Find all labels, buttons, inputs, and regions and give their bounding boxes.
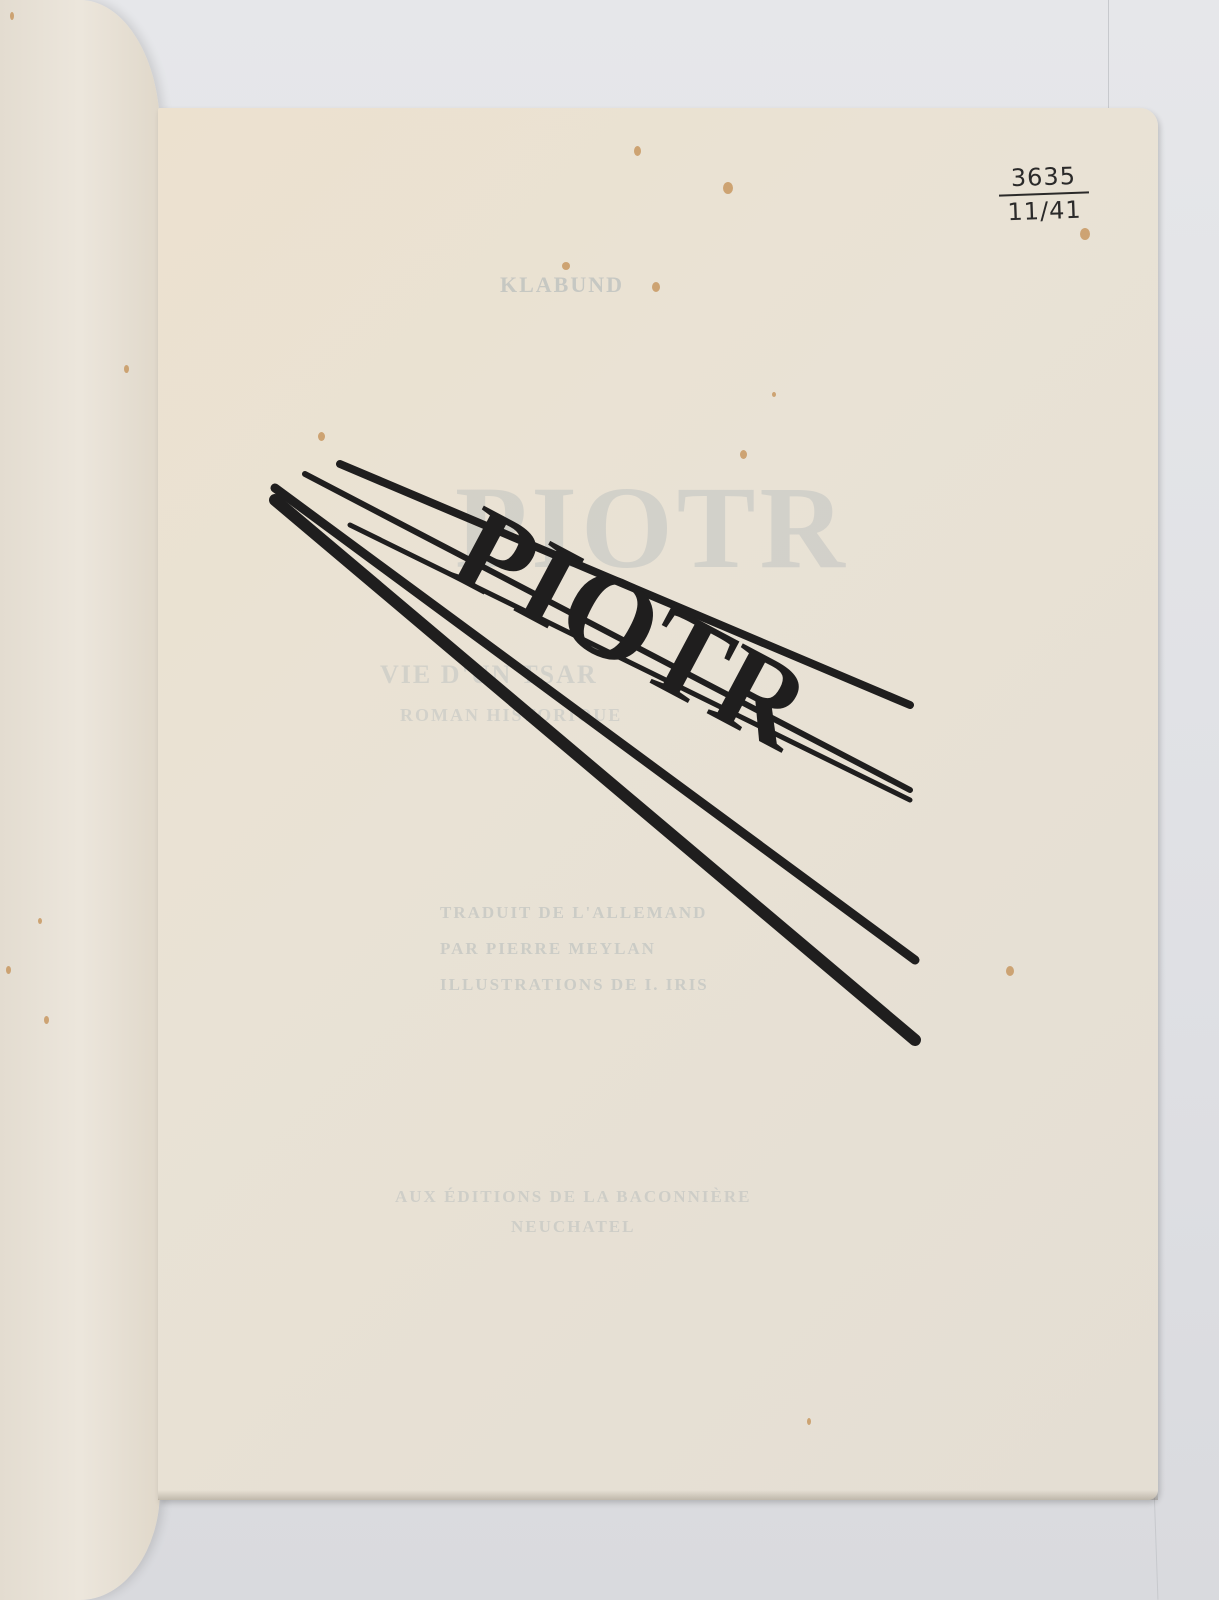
- woodcut-letters: PIOTR: [433, 480, 832, 776]
- foxing-spot: [562, 262, 570, 270]
- foxing-spot: [1006, 966, 1014, 976]
- publisher-line: NEUCHATEL: [395, 1212, 752, 1242]
- foxing-spot: [723, 182, 733, 194]
- foxing-spot: [652, 282, 660, 292]
- library-shelfmark: 3635 11/41: [998, 163, 1090, 224]
- shelfmark-date: 11/41: [999, 193, 1090, 224]
- foxing-spot: [807, 1418, 811, 1425]
- foxing-spot: [38, 918, 42, 924]
- publisher-show-through: AUX ÉDITIONS DE LA BACONNIÈRE NEUCHATEL: [395, 1182, 752, 1242]
- shelfmark-number: 3635: [998, 163, 1089, 196]
- foxing-spot: [1080, 228, 1090, 240]
- foxing-spot: [10, 12, 14, 20]
- publisher-line: AUX ÉDITIONS DE LA BACONNIÈRE: [395, 1182, 752, 1212]
- piotr-woodcut-lettering: PIOTR: [260, 450, 930, 1050]
- foxing-spot: [772, 392, 776, 397]
- foxing-spot: [6, 966, 11, 974]
- author-name-show-through: KLABUND: [500, 272, 624, 298]
- foxing-spot: [318, 432, 325, 441]
- foxing-spot: [634, 146, 641, 156]
- table-seam-line: [1108, 0, 1109, 110]
- foxing-spot: [44, 1016, 49, 1024]
- foxing-spot: [124, 365, 129, 373]
- left-page: [0, 0, 160, 1600]
